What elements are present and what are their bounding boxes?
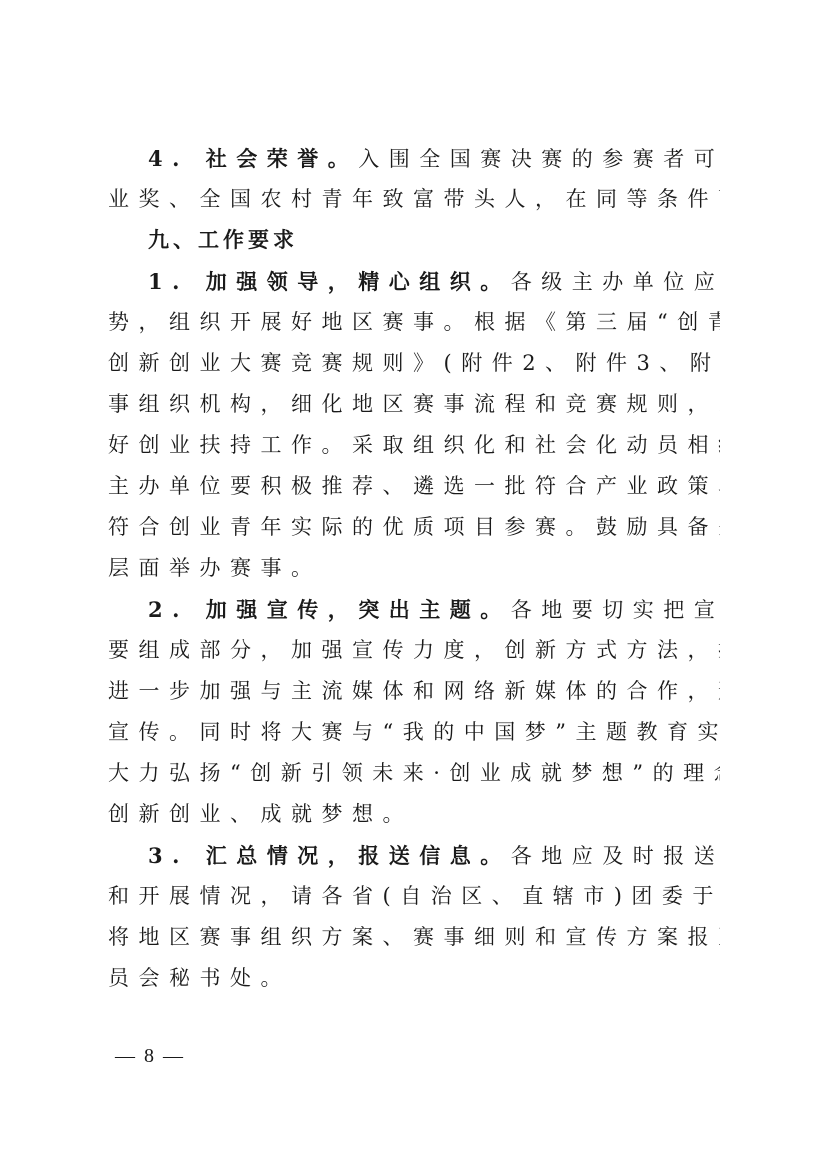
line-text: 各地要切实把宣传作为工作的重	[511, 598, 720, 622]
paragraph-line: 事组织机构，细化地区赛事流程和竞赛规则，出台优惠政策，做	[108, 384, 720, 425]
paragraph-line: 创新创业、成就梦想。	[108, 794, 720, 835]
item-lead: 3. 汇总情况，报送信息。	[148, 843, 511, 868]
paragraph-line: 3. 汇总情况，报送信息。各地应及时报送本地区赛事筹备	[108, 835, 720, 876]
line-text: 层面举办赛事。	[108, 556, 322, 580]
paragraph-line: 要组成部分，加强宣传力度，创新方式方法，扩大活动影响；要	[108, 630, 720, 671]
paragraph-line: 主办单位要积极推荐、遴选一批符合产业政策、具有发展潜力、	[108, 466, 720, 507]
line-text: 符合创业青年实际的优质项目参赛。鼓励具备条件的地方在地市	[108, 515, 720, 539]
paragraph-line: 宣传。同时将大赛与“我的中国梦”主题教育实践活动相结合，	[108, 712, 720, 753]
section-heading: 九、工作要求	[108, 220, 720, 261]
page-number: — 8 —	[115, 1045, 185, 1068]
item-lead: 4. 社会荣誉。	[148, 146, 358, 171]
paragraph-line: 2. 加强宣传，突出主题。各地要切实把宣传作为工作的重	[108, 589, 720, 630]
line-text: 和开展情况，请各省(自治区、直辖市)团委于6月25日前，	[108, 884, 720, 908]
line-text: 员会秘书处。	[108, 966, 291, 990]
line-text: 创新创业、成就梦想。	[108, 802, 413, 826]
line-text: 要组成部分，加强宣传力度，创新方式方法，扩大活动影响；要	[108, 638, 720, 662]
line-text: 入围全国赛决赛的参赛者可申报中国青年创	[358, 147, 720, 171]
line-text: 好创业扶持工作。采取组织化和社会化动员相结合的方式，各级	[108, 433, 720, 457]
paragraph-line: 和开展情况，请各省(自治区、直辖市)团委于6月25日前，	[108, 876, 720, 917]
line-text: 事组织机构，细化地区赛事流程和竞赛规则，出台优惠政策，做	[108, 392, 720, 416]
line-text: 各地应及时报送本地区赛事筹备	[511, 844, 720, 868]
line-text: 主办单位要积极推荐、遴选一批符合产业政策、具有发展潜力、	[108, 474, 720, 498]
paragraph-line: 符合创业青年实际的优质项目参赛。鼓励具备条件的地方在地市	[108, 507, 720, 548]
paragraph-line: 将地区赛事组织方案、赛事细则和宣传方案报至全国大赛组织委	[108, 917, 720, 958]
heading-text: 九、工作要求	[148, 228, 298, 252]
line-text: 势，组织开展好地区赛事。根据《第三届“创青春”中国青年	[108, 310, 720, 334]
paragraph-line: 层面举办赛事。	[108, 548, 720, 589]
paragraph-line: 大力弘扬“创新引领未来·创业成就梦想”的理念，引导青年	[108, 753, 720, 794]
paragraph-line: 创新创业大赛竞赛规则》(附件2、附件3、附件4)设立地区赛	[108, 343, 720, 384]
paragraph-line: 好创业扶持工作。采取组织化和社会化动员相结合的方式，各级	[108, 425, 720, 466]
line-text: 大力弘扬“创新引领未来·创业成就梦想”的理念，引导青年	[108, 761, 720, 785]
item-lead: 1. 加强领导，精心组织。	[148, 269, 511, 294]
paragraph-line: 进一步加强与主流媒体和网络新媒体的合作，形成对大赛的整体	[108, 671, 720, 712]
item-lead: 2. 加强宣传，突出主题。	[148, 597, 511, 622]
paragraph-line: 1. 加强领导，精心组织。各级主办单位应充分发挥各自优	[108, 261, 720, 302]
line-text: 将地区赛事组织方案、赛事细则和宣传方案报至全国大赛组织委	[108, 925, 720, 949]
line-text: 宣传。同时将大赛与“我的中国梦”主题教育实践活动相结合，	[108, 720, 720, 744]
paragraph-line: 4. 社会荣誉。入围全国赛决赛的参赛者可申报中国青年创	[108, 138, 720, 179]
paragraph-line: 员会秘书处。	[108, 958, 720, 999]
document-body: 4. 社会荣誉。入围全国赛决赛的参赛者可申报中国青年创 业奖、全国农村青年致富带…	[108, 138, 720, 999]
line-text: 各级主办单位应充分发挥各自优	[511, 270, 720, 294]
paragraph-line: 业奖、全国农村青年致富带头人，在同等条件下予以优先考虑。	[108, 179, 720, 220]
line-text: 创新创业大赛竞赛规则》(附件2、附件3、附件4)设立地区赛	[108, 351, 720, 375]
line-text: 进一步加强与主流媒体和网络新媒体的合作，形成对大赛的整体	[108, 679, 720, 703]
paragraph-line: 势，组织开展好地区赛事。根据《第三届“创青春”中国青年	[108, 302, 720, 343]
line-text: 业奖、全国农村青年致富带头人，在同等条件下予以优先考虑。	[108, 187, 720, 211]
